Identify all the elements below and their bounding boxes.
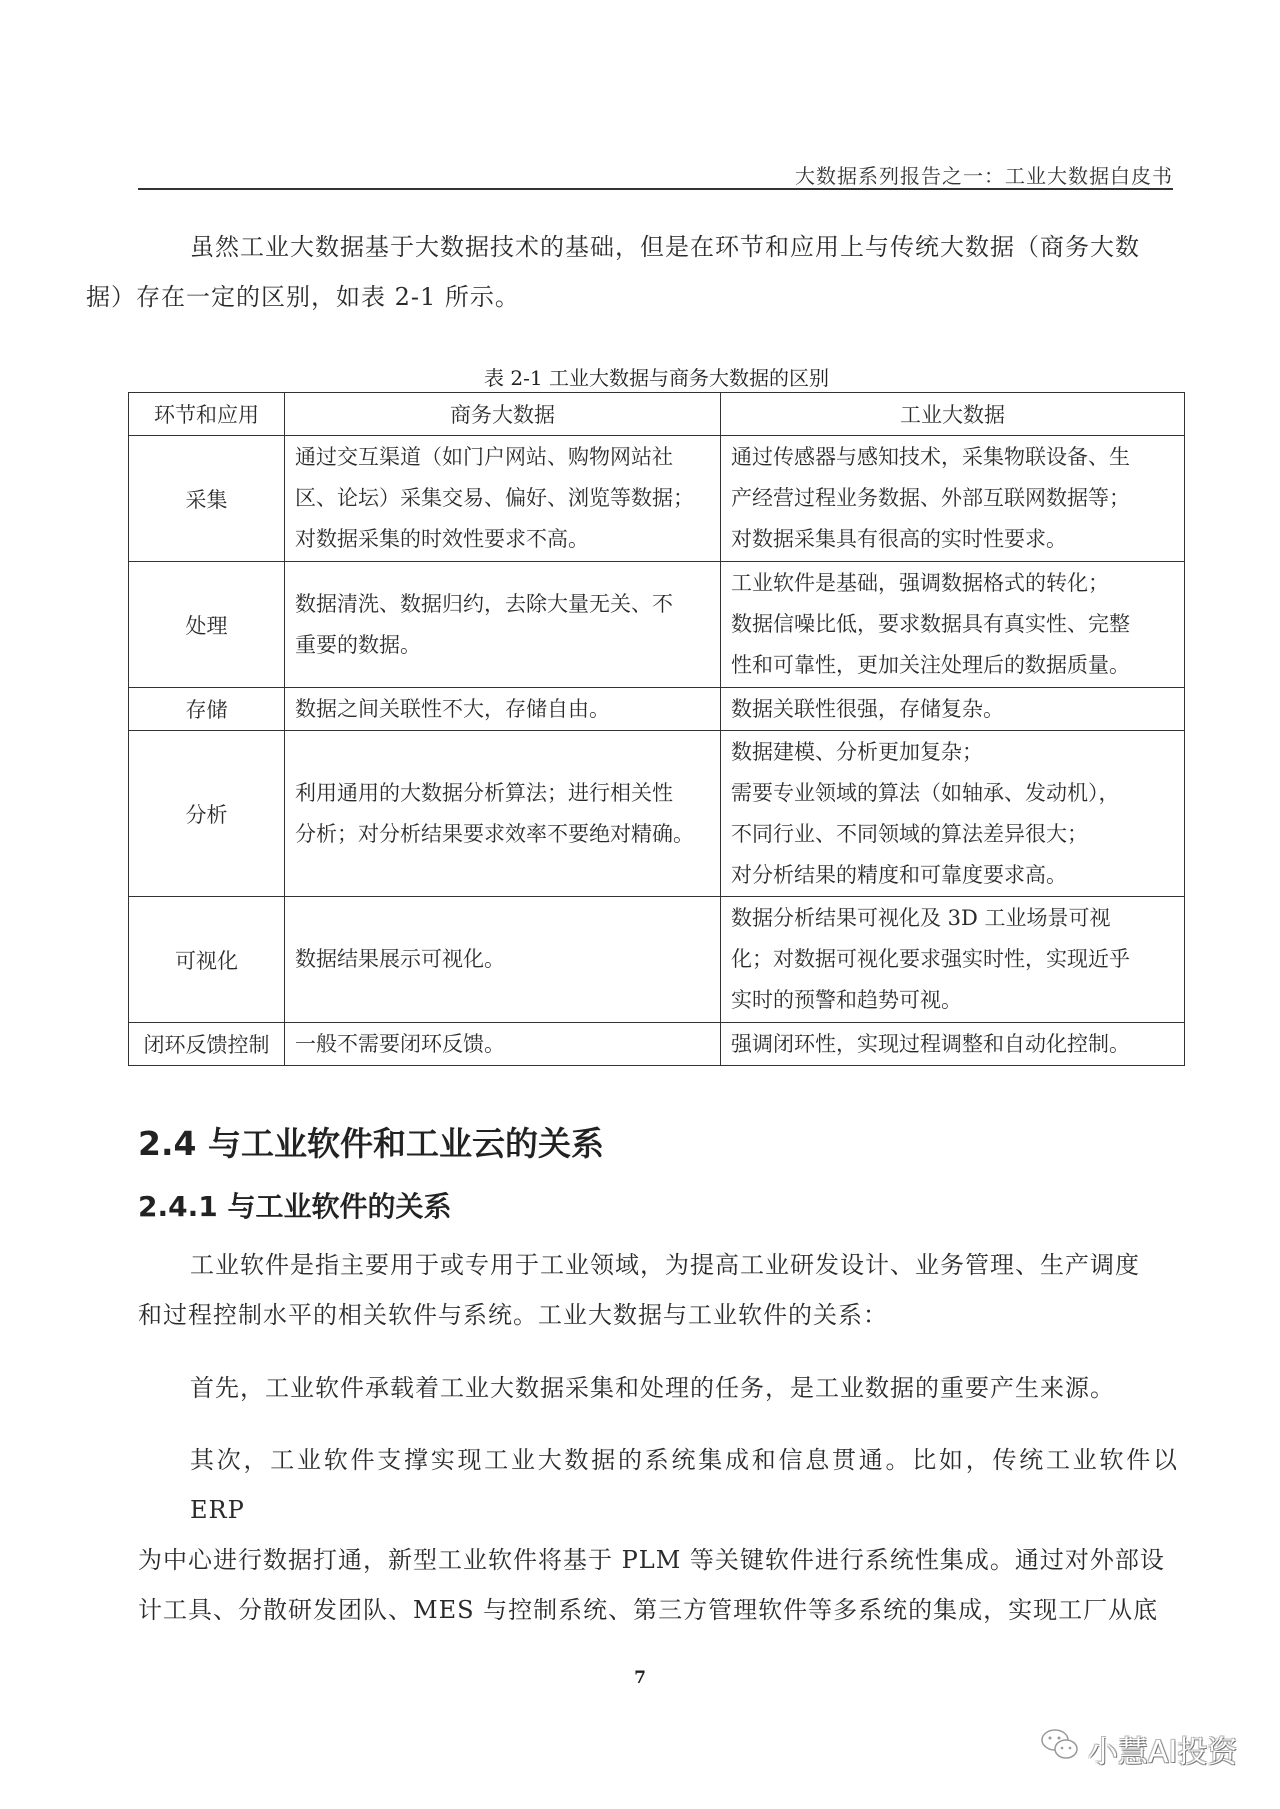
cell-line: 性和可靠性，更加关注处理后的数据质量。 (731, 645, 1174, 686)
table-row: 采集 通过交互渠道（如门户网站、购物网站社 区、论坛）采集交易、偏好、浏览等数据… (129, 436, 1185, 562)
column-header-business: 商务大数据 (285, 393, 721, 436)
cell-line: 数据之间关联性不大，存储自由。 (295, 689, 710, 730)
paragraph-line: 和过程控制水平的相关软件与系统。工业大数据与工业软件的关系： (138, 1301, 888, 1329)
stage-cell: 分析 (129, 731, 285, 897)
cell-line: 数据建模、分析更加复杂； (731, 732, 1174, 773)
paragraph-line: 首先，工业软件承载着工业大数据采集和处理的任务，是工业数据的重要产生来源。 (190, 1363, 1115, 1413)
table-row: 分析 利用通用的大数据分析算法；进行相关性 分析；对分析结果要求效率不要绝对精确… (129, 731, 1185, 897)
industrial-cell: 数据分析结果可视化及 3D 工业场景可视 化；对数据可视化要求强实时性，实现近乎… (721, 897, 1185, 1023)
cell-line: 区、论坛）采集交易、偏好、浏览等数据； (295, 478, 710, 519)
business-cell: 利用通用的大数据分析算法；进行相关性 分析；对分析结果要求效率不要绝对精确。 (285, 731, 721, 897)
column-header-stage: 环节和应用 (129, 393, 285, 436)
industrial-cell: 数据关联性很强，存储复杂。 (721, 688, 1185, 731)
intro-line: 据）存在一定的区别，如表 2-1 所示。 (86, 272, 520, 322)
intro-paragraph: 虽然工业大数据基于大数据技术的基础，但是在环节和应用上与传统大数据（商务大数 据… (138, 222, 1178, 322)
table-row: 闭环反馈控制 一般不需要闭环反馈。 强调闭环性，实现过程调整和自动化控制。 (129, 1023, 1185, 1066)
business-cell: 一般不需要闭环反馈。 (285, 1023, 721, 1066)
cell-line: 数据分析结果可视化及 3D 工业场景可视 (731, 898, 1174, 939)
wechat-icon (1040, 1727, 1080, 1771)
cell-line: 强调闭环性，实现过程调整和自动化控制。 (731, 1024, 1174, 1065)
cell-line: 不同行业、不同领域的算法差异很大； (731, 814, 1174, 855)
cell-line: 工业软件是基础，强调数据格式的转化； (731, 563, 1174, 604)
stage-cell: 可视化 (129, 897, 285, 1023)
page-number: 7 (0, 1668, 1280, 1688)
body-paragraph: 首先，工业软件承载着工业大数据采集和处理的任务，是工业数据的重要产生来源。 (138, 1363, 1178, 1413)
cell-line: 数据信噪比低，要求数据具有真实性、完整 (731, 604, 1174, 645)
watermark: 小慧AI投资 (1040, 1727, 1237, 1771)
section-heading: 2.4 与工业软件和工业云的关系 (138, 1118, 604, 1165)
business-cell: 数据结果展示可视化。 (285, 897, 721, 1023)
column-header-industrial: 工业大数据 (721, 393, 1185, 436)
table-row: 处理 数据清洗、数据归约，去除大量无关、不 重要的数据。 工业软件是基础，强调数… (129, 562, 1185, 688)
stage-cell: 存储 (129, 688, 285, 731)
cell-line: 通过交互渠道（如门户网站、购物网站社 (295, 437, 710, 478)
table-header-row: 环节和应用 商务大数据 工业大数据 (129, 393, 1185, 436)
cell-line: 利用通用的大数据分析算法；进行相关性 (295, 773, 710, 814)
subsection-heading: 2.4.1 与工业软件的关系 (138, 1185, 451, 1225)
paragraph-line: 计工具、分散研发团队、MES 与控制系统、第三方管理软件等多系统的集成，实现工厂… (138, 1596, 1158, 1624)
intro-line: 虽然工业大数据基于大数据技术的基础，但是在环节和应用上与传统大数据（商务大数 (190, 233, 1140, 261)
cell-line: 数据清洗、数据归约，去除大量无关、不 (295, 584, 710, 625)
cell-line: 数据结果展示可视化。 (295, 939, 710, 980)
cell-line: 产经营过程业务数据、外部互联网数据等； (731, 478, 1174, 519)
cell-line: 需要专业领域的算法（如轴承、发动机）， (731, 773, 1174, 814)
header-rule (138, 188, 1173, 190)
business-cell: 数据之间关联性不大，存储自由。 (285, 688, 721, 731)
cell-line: 实时的预警和趋势可视。 (731, 980, 1174, 1021)
comparison-table: 环节和应用 商务大数据 工业大数据 采集 通过交互渠道（如门户网站、购物网站社 … (128, 392, 1185, 1066)
paragraph-line: 工业软件是指主要用于或专用于工业领域，为提高工业研发设计、业务管理、生产调度 (190, 1240, 1140, 1290)
cell-line: 分析；对分析结果要求效率不要绝对精确。 (295, 814, 710, 855)
cell-line: 重要的数据。 (295, 625, 710, 666)
business-cell: 通过交互渠道（如门户网站、购物网站社 区、论坛）采集交易、偏好、浏览等数据； 对… (285, 436, 721, 562)
table-caption: 表 2-1 工业大数据与商务大数据的区别 (128, 362, 1185, 391)
industrial-cell: 工业软件是基础，强调数据格式的转化； 数据信噪比低，要求数据具有真实性、完整 性… (721, 562, 1185, 688)
body-paragraph: 工业软件是指主要用于或专用于工业领域，为提高工业研发设计、业务管理、生产调度 和… (138, 1240, 1178, 1340)
paragraph-line: 为中心进行数据打通，新型工业软件将基于 PLM 等关键软件进行系统性集成。通过对… (138, 1546, 1165, 1574)
business-cell: 数据清洗、数据归约，去除大量无关、不 重要的数据。 (285, 562, 721, 688)
stage-cell: 闭环反馈控制 (129, 1023, 285, 1066)
cell-line: 化；对数据可视化要求强实时性，实现近乎 (731, 939, 1174, 980)
running-header: 大数据系列报告之一：工业大数据白皮书 (138, 160, 1173, 189)
cell-line: 对数据采集具有很高的实时性要求。 (731, 519, 1174, 560)
cell-line: 对分析结果的精度和可靠度要求高。 (731, 855, 1174, 896)
stage-cell: 采集 (129, 436, 285, 562)
industrial-cell: 数据建模、分析更加复杂； 需要专业领域的算法（如轴承、发动机）， 不同行业、不同… (721, 731, 1185, 897)
paragraph-line: 其次，工业软件支撑实现工业大数据的系统集成和信息贯通。比如，传统工业软件以 ER… (190, 1435, 1178, 1535)
industrial-cell: 强调闭环性，实现过程调整和自动化控制。 (721, 1023, 1185, 1066)
stage-cell: 处理 (129, 562, 285, 688)
industrial-cell: 通过传感器与感知技术，采集物联设备、生 产经营过程业务数据、外部互联网数据等； … (721, 436, 1185, 562)
cell-line: 通过传感器与感知技术，采集物联设备、生 (731, 437, 1174, 478)
table-row: 可视化 数据结果展示可视化。 数据分析结果可视化及 3D 工业场景可视 化；对数… (129, 897, 1185, 1023)
cell-line: 一般不需要闭环反馈。 (295, 1024, 710, 1065)
cell-line: 对数据采集的时效性要求不高。 (295, 519, 710, 560)
body-paragraph: 其次，工业软件支撑实现工业大数据的系统集成和信息贯通。比如，传统工业软件以 ER… (138, 1435, 1178, 1635)
watermark-text: 小慧AI投资 (1088, 1727, 1237, 1771)
cell-line: 数据关联性很强，存储复杂。 (731, 689, 1174, 730)
table-row: 存储 数据之间关联性不大，存储自由。 数据关联性很强，存储复杂。 (129, 688, 1185, 731)
